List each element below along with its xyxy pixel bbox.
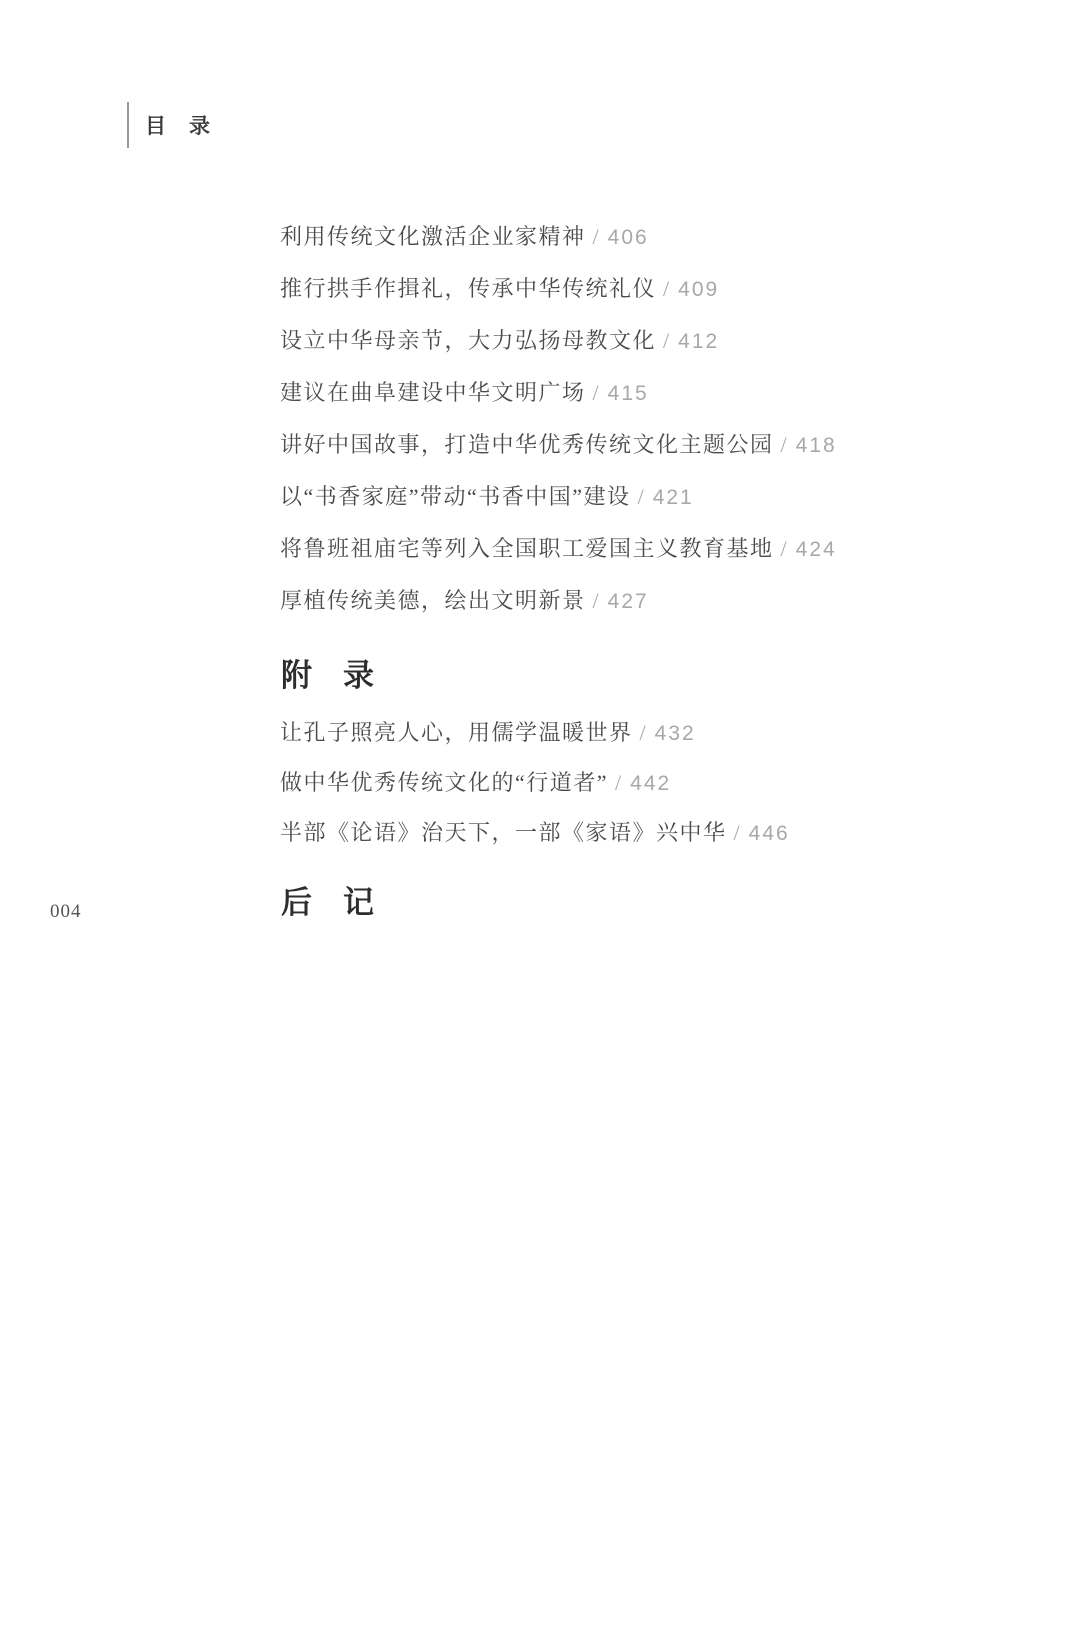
toc-entry-title: 以“书香家庭”带动“书香中国”建设: [280, 484, 631, 509]
toc-entry: 推行拱手作揖礼，传承中华传统礼仪/409: [280, 274, 1000, 326]
toc-entry: 利用传统文化激活企业家精神/406: [280, 222, 1000, 274]
toc-entry-page: 412: [678, 330, 719, 353]
toc-list: 利用传统文化激活企业家精神/406 推行拱手作揖礼，传承中华传统礼仪/409 设…: [280, 222, 1000, 638]
toc-entry: 讲好中国故事，打造中华优秀传统文化主题公园/418: [280, 430, 1000, 482]
toc-entry: 将鲁班祖庙宅等列入全国职工爱国主义教育基地/424: [280, 534, 1000, 586]
toc-entry-title: 半部《论语》治天下，一部《家语》兴中华: [280, 820, 727, 845]
toc-entry-page: 432: [655, 722, 696, 745]
toc-entry-page: 446: [749, 822, 790, 845]
toc-entry-separator: /: [781, 432, 787, 457]
appendix-list: 让孔子照亮人心，用儒学温暖世界/432 做中华优秀传统文化的“行道者”/442 …: [280, 718, 1000, 868]
toc-entry: 让孔子照亮人心，用儒学温暖世界/432: [280, 718, 1000, 768]
toc-entry: 半部《论语》治天下，一部《家语》兴中华/446: [280, 818, 1000, 868]
postscript-section-header: 后 记: [281, 885, 374, 921]
toc-entry-page: 424: [796, 538, 837, 561]
toc-entry-page: 427: [608, 590, 649, 613]
toc-entry-separator: /: [615, 770, 621, 795]
toc-entry-title: 设立中华母亲节，大力弘扬母教文化: [280, 328, 656, 353]
toc-entry-title: 利用传统文化激活企业家精神: [280, 224, 586, 249]
toc-entry-separator: /: [593, 588, 599, 613]
toc-entry-separator: /: [781, 536, 787, 561]
toc-entry-separator: /: [638, 484, 644, 509]
toc-entry-page: 415: [608, 382, 649, 405]
running-head-title: 目 录: [145, 110, 211, 140]
toc-entry-page: 421: [653, 486, 694, 509]
running-head: 目 录: [127, 102, 211, 148]
toc-entry-separator: /: [593, 224, 599, 249]
toc-entry-separator: /: [640, 720, 646, 745]
folio-page-number: 004: [50, 901, 82, 923]
toc-entry-separator: /: [734, 820, 740, 845]
toc-entry-separator: /: [593, 380, 599, 405]
toc-entry: 以“书香家庭”带动“书香中国”建设/421: [280, 482, 1000, 534]
toc-entry-page: 409: [678, 278, 719, 301]
toc-entry-title: 厚植传统美德，绘出文明新景: [280, 588, 586, 613]
toc-entry-title: 推行拱手作揖礼，传承中华传统礼仪: [280, 276, 656, 301]
toc-entry-title: 做中华优秀传统文化的“行道者”: [280, 770, 608, 795]
toc-entry-page: 418: [796, 434, 837, 457]
toc-entry-title: 将鲁班祖庙宅等列入全国职工爱国主义教育基地: [280, 536, 774, 561]
toc-entry-title: 讲好中国故事，打造中华优秀传统文化主题公园: [280, 432, 774, 457]
toc-entry-title: 让孔子照亮人心，用儒学温暖世界: [280, 720, 633, 745]
appendix-section-header: 附 录: [281, 658, 374, 694]
toc-entry: 厚植传统美德，绘出文明新景/427: [280, 586, 1000, 638]
toc-entry-title: 建议在曲阜建设中华文明广场: [280, 380, 586, 405]
toc-entry: 做中华优秀传统文化的“行道者”/442: [280, 768, 1000, 818]
toc-entry: 设立中华母亲节，大力弘扬母教文化/412: [280, 326, 1000, 378]
toc-entry: 建议在曲阜建设中华文明广场/415: [280, 378, 1000, 430]
toc-entry-separator: /: [663, 276, 669, 301]
toc-entry-separator: /: [663, 328, 669, 353]
toc-entry-page: 442: [630, 772, 671, 795]
book-toc-page: 目 录 利用传统文化激活企业家精神/406 推行拱手作揖礼，传承中华传统礼仪/4…: [0, 0, 1080, 1627]
toc-entry-page: 406: [608, 226, 649, 249]
